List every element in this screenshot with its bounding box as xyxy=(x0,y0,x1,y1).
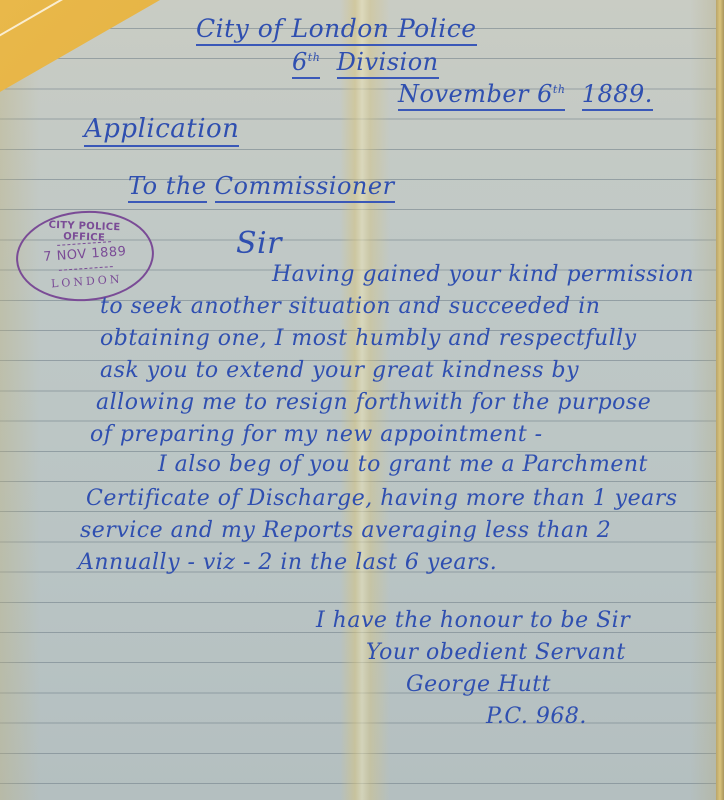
warrant-number: P.C. 968. xyxy=(486,704,587,729)
division-number: 6 xyxy=(292,48,308,76)
closing-line: Your obedient Servant xyxy=(366,640,626,665)
organization-name: City of London Police xyxy=(196,14,477,46)
addressee: Commissioner xyxy=(215,172,395,203)
body-line: I also beg of you to grant me a Parchmen… xyxy=(158,452,648,477)
body-line: of preparing for my new appointment - xyxy=(90,422,543,447)
body-line: Having gained your kind permission xyxy=(272,262,694,287)
date-month-text: November 6 xyxy=(398,80,553,108)
date-suffix: th xyxy=(553,83,566,96)
paper-right-edge xyxy=(716,0,724,800)
body-line: Certificate of Discharge, having more th… xyxy=(86,486,678,511)
date-year: 1889. xyxy=(582,80,653,111)
addressee-line: To the Commissioner xyxy=(128,172,395,200)
closing-line: I have the honour to be Sir xyxy=(316,608,630,633)
stamp-ornament-bottom xyxy=(59,266,113,271)
letter-date: November 6th 1889. xyxy=(398,80,653,108)
division-suffix: th xyxy=(308,51,321,64)
stamp-date: 7 NOV 1889 xyxy=(18,242,153,266)
date-month: November 6th xyxy=(398,80,565,111)
division-number-wrap: 6th xyxy=(292,48,320,79)
salutation: Sir xyxy=(236,226,282,261)
signature-name: George Hutt xyxy=(406,672,551,697)
stamp-top-text: CITY POLICE OFFICE xyxy=(34,219,135,244)
body-line: to seek another situation and succeeded … xyxy=(100,294,600,319)
addressee-prefix: To the xyxy=(128,172,207,203)
organization-heading: City of London Police xyxy=(196,14,477,43)
body-line: Annually - viz - 2 in the last 6 years. xyxy=(78,550,497,575)
body-line: service and my Reports averaging less th… xyxy=(80,518,611,543)
body-line: ask you to extend your great kindness by xyxy=(100,358,579,383)
body-line: allowing me to resign forthwith for the … xyxy=(96,390,651,415)
division-heading: 6th Division xyxy=(292,48,439,76)
body-line: obtaining one, I most humbly and respect… xyxy=(100,326,637,351)
application-title-text: Application xyxy=(84,114,239,147)
division-word: Division xyxy=(337,48,439,79)
application-title: Application xyxy=(84,114,239,144)
